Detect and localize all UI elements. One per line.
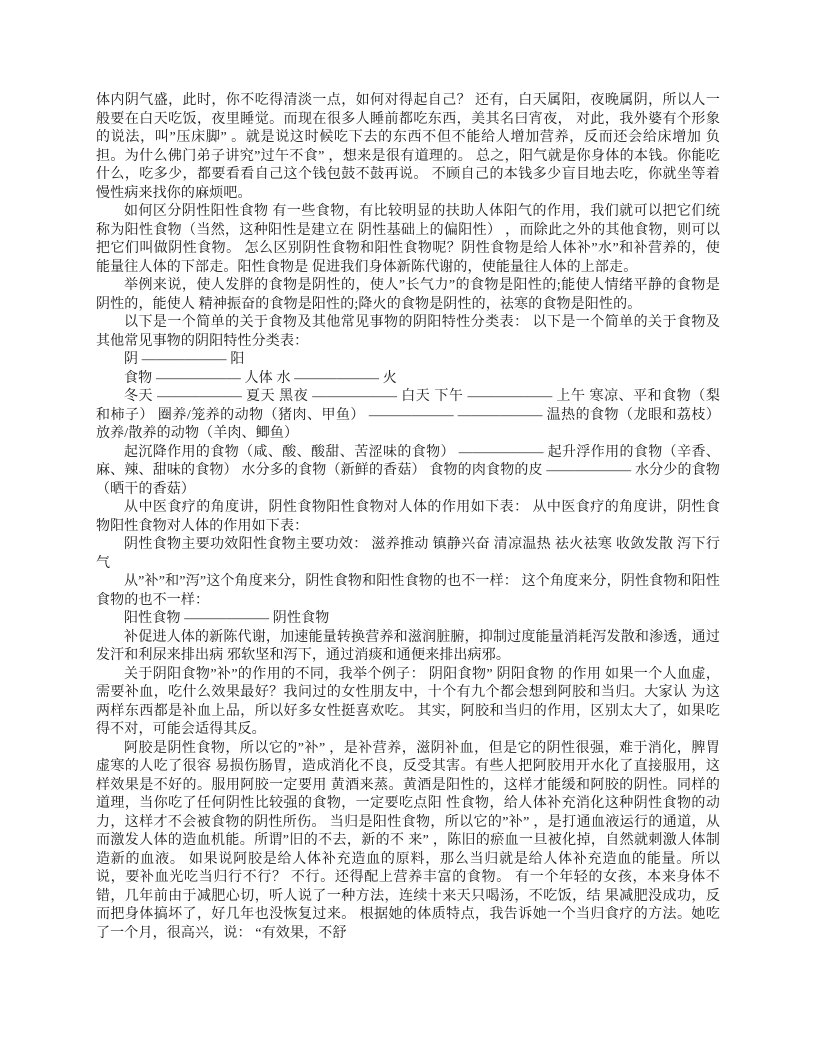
paragraph: 冬天 —————— 夏天 黑夜 —————— 白天 下午 —————— 上午 寒… bbox=[96, 388, 720, 444]
paragraph: 以下是一个简单的关于食物及其他常见事物的阴阳特性分类表： 以下是一个简单的关于食… bbox=[96, 314, 720, 351]
paragraph: 从中医食疗的角度讲，阴性食物阳性食物对人体的作用如下表： 从中医食疗的角度讲，阴… bbox=[96, 499, 720, 536]
paragraph: 阳性食物 —————— 阴性食物 bbox=[96, 610, 720, 629]
paragraph: 如何区分阴性阳性食物 有一些食物，有比较明显的扶助人体阳气的作用，我们就可以把它… bbox=[96, 203, 720, 277]
paragraph: 体内阴气盛，此时，你不吃得清淡一点，如何对得起自己？ 还有，白天属阳，夜晚属阴，… bbox=[96, 92, 720, 203]
paragraph: 起沉降作用的食物（咸、酸、酸甜、苦涩味的食物） —————— 起升浮作用的食物（… bbox=[96, 444, 720, 500]
paragraph: 阴性食物主要功效阳性食物主要功效： 滋养推动 镇静兴奋 清凉温热 祛火祛寒 收敛… bbox=[96, 536, 720, 573]
paragraph: 关于阴阳食物”补”的作用的不同，我举个例子： 阴阳食物” 阴阳食物 的作用 如果… bbox=[96, 666, 720, 740]
paragraph: 从”补”和”泻”这个角度来分，阴性食物和阳性食物的也不一样： 这个角度来分，阴性… bbox=[96, 573, 720, 610]
paragraph: 阴 —————— 阳 bbox=[96, 351, 720, 370]
document-text-body: 体内阴气盛，此时，你不吃得清淡一点，如何对得起自己？ 还有，白天属阳，夜晚属阴，… bbox=[96, 92, 720, 943]
paragraph: 阿胶是阴性食物，所以它的”补” ，是补营养，滋阴补血，但是它的阴性很强，难于消化… bbox=[96, 740, 720, 944]
document-page: 体内阴气盛，此时，你不吃得清淡一点，如何对得起自己？ 还有，白天属阳，夜晚属阴，… bbox=[0, 0, 816, 1056]
paragraph: 食物 —————— 人体 水 —————— 火 bbox=[96, 370, 720, 389]
paragraph: 补促进人体的新陈代谢，加速能量转换营养和滋润脏腑，抑制过度能量消耗泻发散和渗透，… bbox=[96, 629, 720, 666]
paragraph: 举例来说，使人发胖的食物是阴性的，使人”长气力”的食物是阳性的;能使人情绪平静的… bbox=[96, 277, 720, 314]
